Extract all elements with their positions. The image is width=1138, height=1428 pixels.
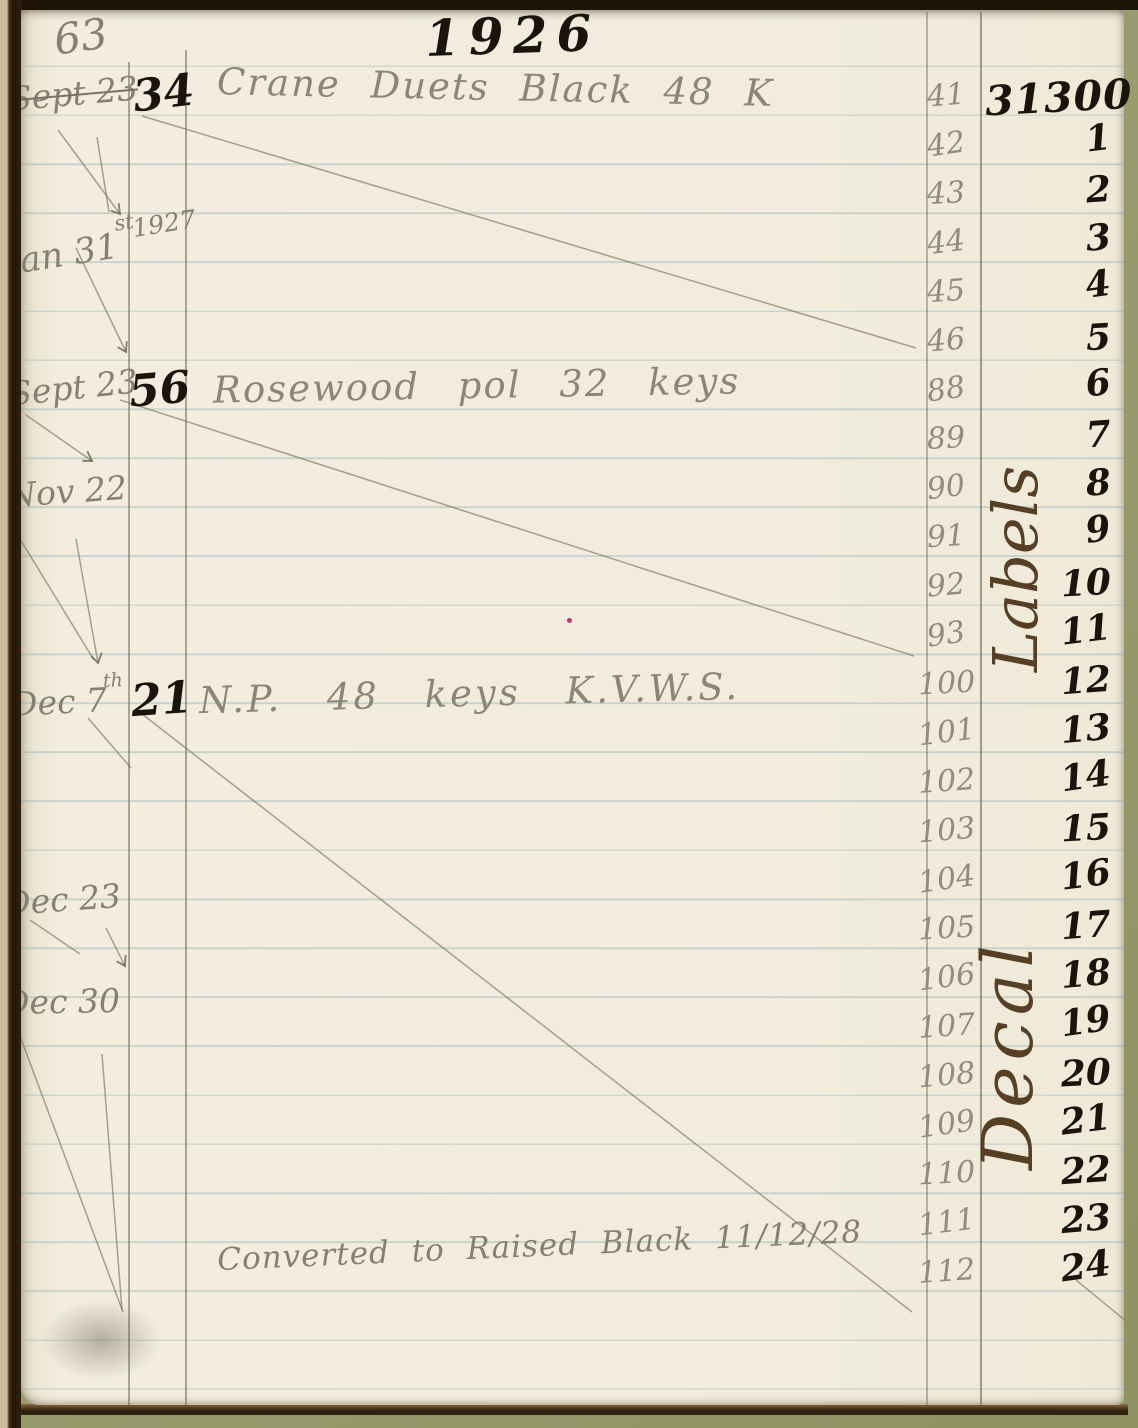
ledger-photo: 63 1926 Sept 23 34 Crane Duets Black 48 … <box>0 0 1138 1428</box>
serial-number: 91 <box>917 517 975 556</box>
entry-date: Dec 7th <box>10 679 128 724</box>
entry-date-suffix: th <box>102 669 123 692</box>
page-number: 63 <box>51 9 111 65</box>
ink-speck <box>567 618 572 623</box>
column-rule-count <box>980 12 982 1405</box>
serial-number: 90 <box>916 467 976 509</box>
year-heading: 1926 <box>424 3 601 68</box>
margin-vertical-note-labels: Labels <box>979 272 1052 672</box>
photo-border-left <box>0 0 21 1428</box>
corner-smudge <box>41 1300 161 1380</box>
serial-number: 46 <box>917 321 976 361</box>
batch-number: 56 <box>127 361 192 417</box>
serial-number: 43 <box>917 175 975 213</box>
column-rule-serial <box>926 12 928 1405</box>
serial-number: 100 <box>917 665 975 703</box>
serial-number: 112 <box>917 1252 975 1291</box>
ledger-page: 63 1926 Sept 23 34 Crane Duets Black 48 … <box>21 10 1124 1405</box>
margin-vertical-note-decal: Decal <box>967 740 1049 1170</box>
serial-number: 111 <box>916 1202 976 1244</box>
entry-description: Rosewood pol 32 keys <box>213 359 741 411</box>
margin-date: Nov 22 <box>6 468 128 515</box>
serial-number: 44 <box>916 222 976 264</box>
serial-number: 45 <box>917 272 975 311</box>
serial-number: 89 <box>917 420 975 458</box>
batch-number: 34 <box>130 64 197 122</box>
page-bottom-edge <box>0 1404 1128 1415</box>
batch-number: 21 <box>129 672 194 727</box>
entry-date-text: Dec 7 <box>10 680 108 724</box>
serial-number: 92 <box>917 566 976 606</box>
serial-number: 41 <box>917 76 976 116</box>
